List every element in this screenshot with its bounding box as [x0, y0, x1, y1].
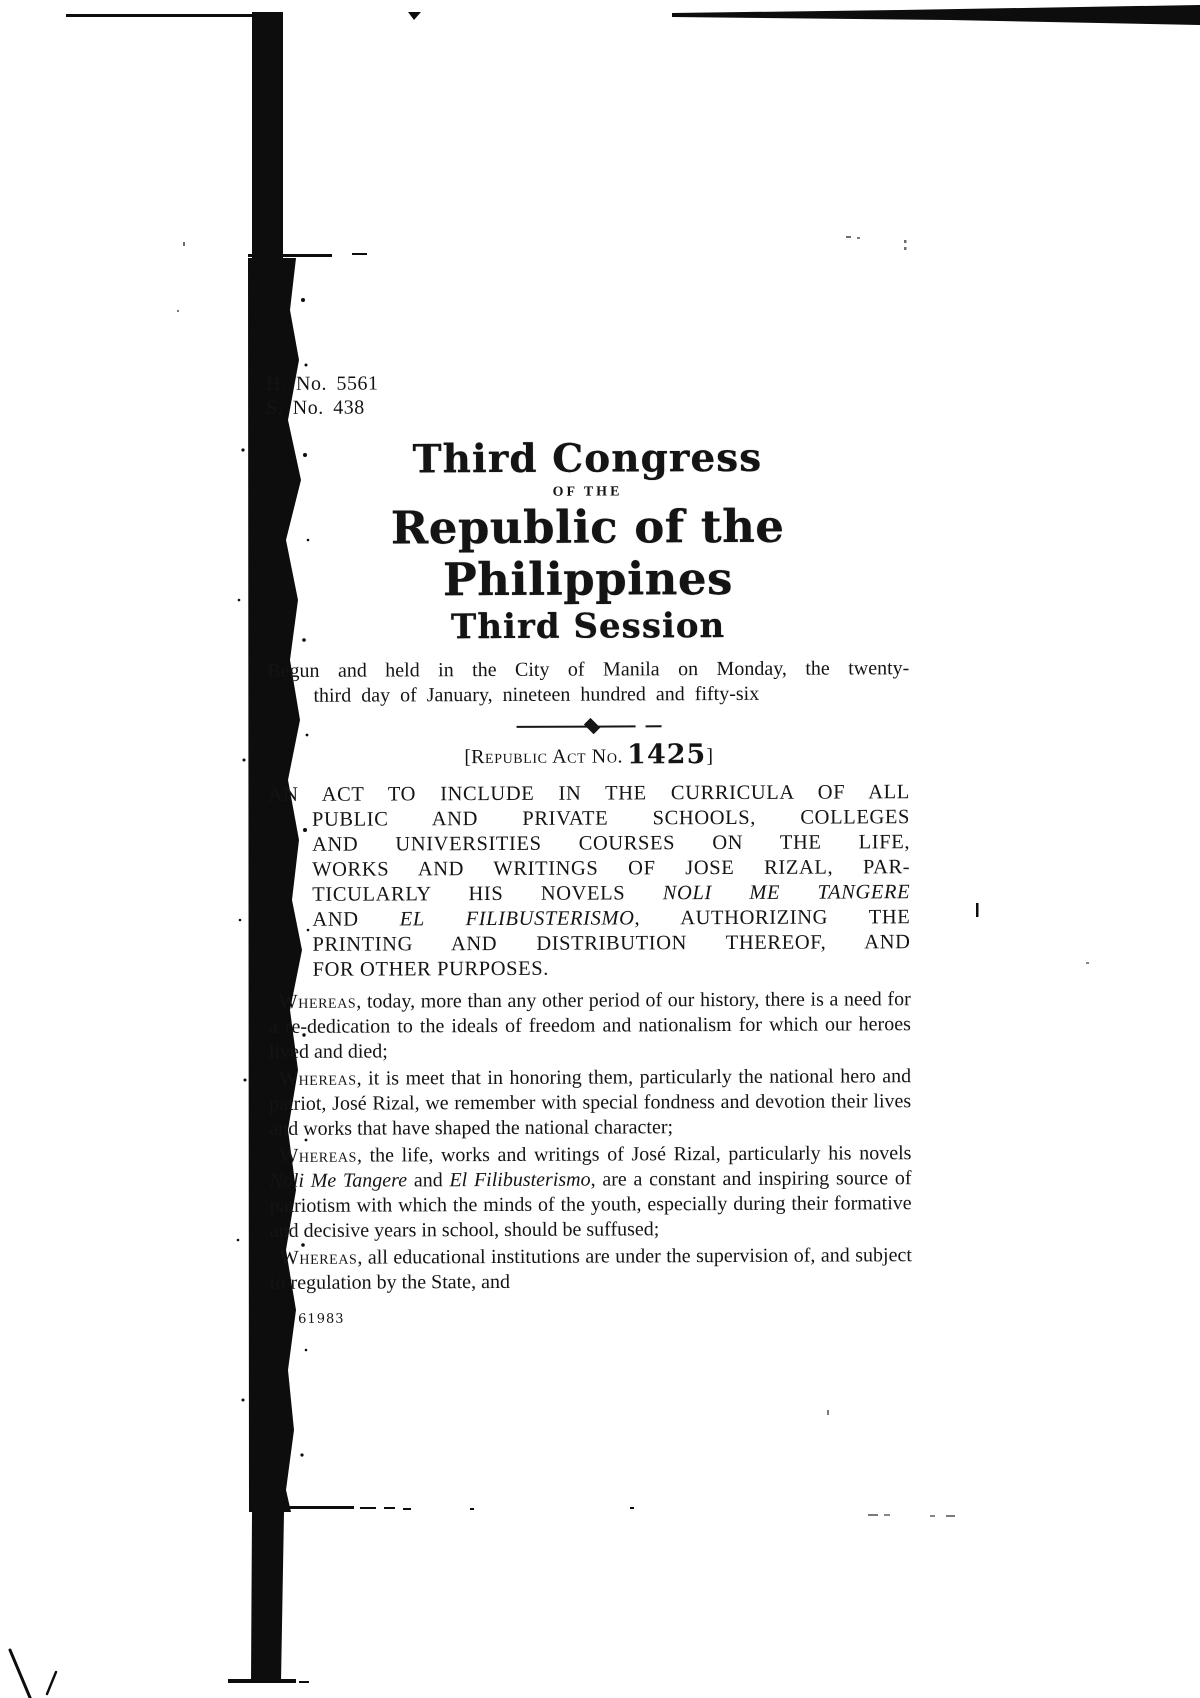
scan-top-line-artifact	[66, 14, 258, 17]
act-title-line: WORKS AND WRITINGS OF JOSE RIZAL, PAR-	[268, 855, 910, 883]
act-heading-prefix: Republic Act No.	[471, 745, 623, 768]
republic-title: Republic of the Philippines	[267, 500, 909, 607]
convening-line-1: Begun and held in the City of Manila on …	[267, 656, 909, 684]
whereas-clauses: Whereas, today, more than any other peri…	[269, 987, 912, 1296]
convening-statement: Begun and held in the City of Manila on …	[267, 656, 909, 709]
print-code: 61983	[298, 1304, 912, 1332]
bill-number-senate: S. No. 438	[266, 393, 908, 420]
diamond-ornament-icon	[583, 718, 599, 734]
act-title-line: TICULARLY HIS NOVELS NOLI ME TANGERE	[268, 880, 910, 908]
convening-line-2: third day of January, nineteen hundred a…	[267, 681, 909, 709]
bill-number-house: H. No. 5561	[266, 369, 908, 396]
act-title-line: PUBLIC AND PRIVATE SCHOOLS, COLLEGES	[268, 805, 910, 833]
binding-bar-bottom	[251, 1512, 284, 1682]
act-title: AN ACT TO INCLUDE IN THE CURRICULA OF AL…	[268, 780, 911, 983]
scan-slash-marks	[10, 1650, 56, 1698]
scan-triangle-mark	[408, 12, 421, 20]
whereas-paragraph: Whereas, today, more than any other peri…	[269, 987, 911, 1065]
whereas-paragraph: Whereas, all educational institutions ar…	[270, 1243, 912, 1296]
act-number: 1425	[627, 739, 706, 770]
session-title: Third Session	[267, 605, 909, 648]
act-heading-close-bracket: ]	[706, 745, 713, 767]
act-title-line: PRINTING AND DISTRIBUTION THEREOF, AND	[268, 930, 910, 958]
binding-bar-foot	[228, 1679, 296, 1683]
scan-bottom-divider-artifact	[250, 1506, 955, 1517]
of-the-label: OF THE	[266, 482, 908, 502]
document-text-column: H. No. 5561 S. No. 438 Third Congress OF…	[266, 369, 912, 1332]
act-title-line: AND UNIVERSITIES COURSES ON THE LIFE,	[268, 830, 910, 858]
divider-ornament	[479, 720, 699, 732]
act-title-line: AND EL FILIBUSTERISMO, AUTHORIZING THE	[268, 905, 910, 933]
whereas-paragraph: Whereas, it is meet that in honoring the…	[269, 1064, 911, 1142]
act-title-line: FOR OTHER PURPOSES.	[269, 955, 911, 983]
congress-title: Third Congress	[266, 435, 908, 482]
whereas-paragraph: Whereas, the life, works and writings of…	[269, 1141, 911, 1244]
binding-bar-top	[252, 12, 283, 260]
scan-top-right-streak-artifact	[672, 5, 1200, 25]
scanned-document-page: H. No. 5561 S. No. 438 Third Congress OF…	[0, 0, 1200, 1698]
act-title-line: AN ACT TO INCLUDE IN THE CURRICULA OF AL…	[268, 780, 910, 808]
act-number-heading: [Republic Act No.1425]	[268, 738, 910, 773]
